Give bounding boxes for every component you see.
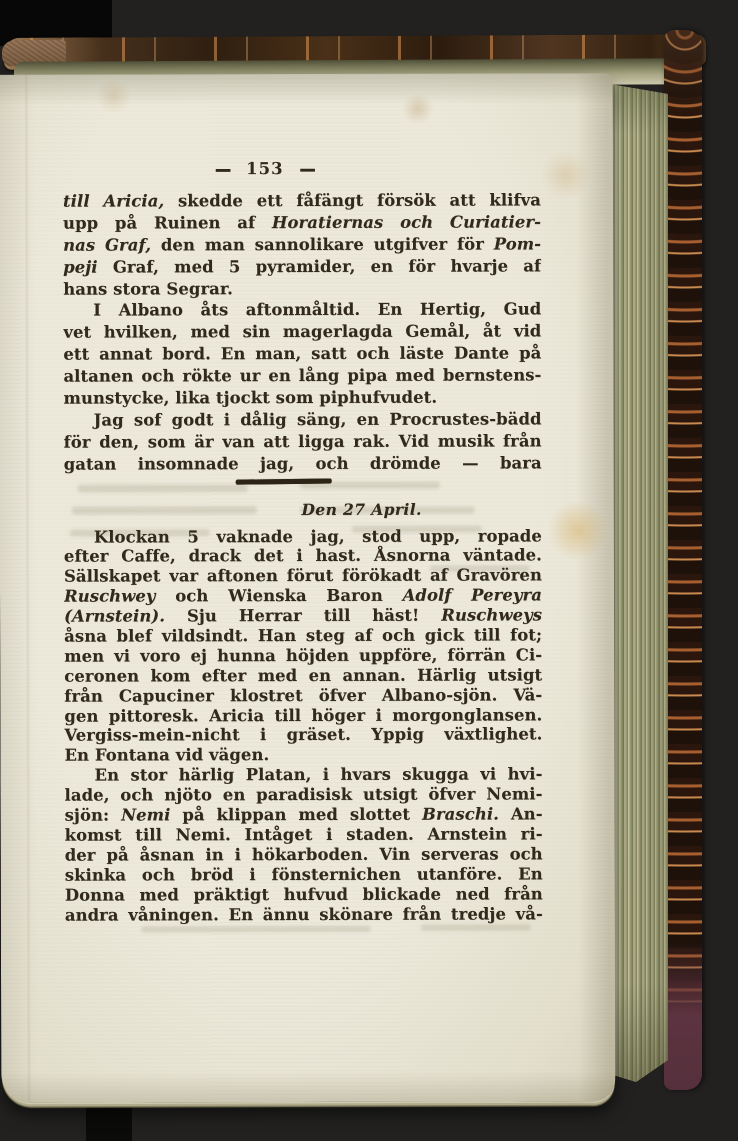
divider-rule xyxy=(236,478,332,484)
page-number-dash: — xyxy=(299,154,315,183)
text-line: hans stora Segrar. xyxy=(63,277,541,300)
text-line: upp på Ruinen af Horatiernas och Curiati… xyxy=(63,211,541,234)
scanned-book-photo: — 153 — till Aricia, skedde ett fåfängt … xyxy=(0,0,738,1141)
text-line: efter Caffe, drack det i hast. Åsnorna v… xyxy=(64,546,542,567)
paragraph: Klockan 5 vaknade jag, stod upp, ropadee… xyxy=(64,526,543,766)
paper-stain xyxy=(401,94,435,124)
text-line: gatan insomnade jag, och drömde — bara m… xyxy=(64,452,542,475)
ink-bleedthrough xyxy=(421,924,531,930)
diary-entry-27-april: Klockan 5 vaknade jag, stod upp, ropadee… xyxy=(64,526,543,925)
text-line: Ruschwey och Wienska Baron Adolf Pereyra xyxy=(64,586,542,607)
text-line: Vergiss-mein-nicht i gräset. Yppig växtl… xyxy=(64,725,542,746)
page-number: — 153 — xyxy=(215,158,315,178)
text-line: för den, som är van att ligga rak. Vid m… xyxy=(64,430,542,453)
text-line: Sällskapet var aftonen förut förökadt af… xyxy=(64,566,542,587)
paper-stain xyxy=(95,80,133,112)
paragraph: till Aricia, skedde ett fåfängt försök a… xyxy=(63,189,541,300)
text-line: lade, och njöto en paradisisk utsigt öfv… xyxy=(65,785,543,806)
text-line: Klockan 5 vaknade jag, stod upp, ropade xyxy=(64,526,542,547)
text-line: ett annat bord. En man, satt och läste D… xyxy=(63,343,541,366)
text-line: En stor härlig Platan, i hvars skugga vi… xyxy=(64,765,542,786)
page-number-dash: — xyxy=(215,154,231,183)
section-divider xyxy=(64,478,542,484)
text-line: der på åsnan in i hökarboden. Vin server… xyxy=(65,844,543,865)
book-marbled-cover-edge xyxy=(664,30,702,1090)
text-line: Jag sof godt i dålig säng, en Procrustes… xyxy=(64,408,542,431)
ink-bleedthrough xyxy=(141,926,371,933)
paragraph: En stor härlig Platan, i hvars skugga vi… xyxy=(64,765,542,925)
text-line: ceronen kom efter med en annan. Härlig u… xyxy=(64,665,542,686)
paper-stain xyxy=(546,501,610,559)
text-line: (Arnstein). Sju Herrar till häst! Ruschw… xyxy=(64,606,542,627)
paragraph: I Albano åts aftonmåltid. En Hertig, Gud… xyxy=(63,299,541,410)
background-dark-patch xyxy=(86,1104,132,1141)
text-line: från Capuciner klostret öfver Albano-sjö… xyxy=(64,685,542,706)
text-line: peji Graf, med 5 pyramider, en för hvarj… xyxy=(63,255,541,278)
book-fore-edge-pages xyxy=(610,84,668,1084)
text-line: komst till Nemi. Intåget i staden. Arnst… xyxy=(65,824,543,845)
page-number-value: 153 xyxy=(246,159,284,178)
date-heading: Den 27 April. xyxy=(64,500,542,518)
diary-entry-continuation: till Aricia, skedde ett fåfängt försök a… xyxy=(63,189,542,475)
text-line: gen pittoresk. Aricia till höger i morgo… xyxy=(64,705,542,726)
text-line: vet hvilken, med sin magerlagda Gemål, å… xyxy=(63,321,541,344)
text-line: munstycke, lika tjockt som piphufvudet. xyxy=(63,386,541,409)
text-line: En Fontana vid vägen. xyxy=(64,745,542,766)
paper-stain xyxy=(539,151,593,199)
text-line: andra våningen. En ännu skönare från tre… xyxy=(65,904,543,925)
text-line: åsna blef vildsindt. Han steg af och gic… xyxy=(64,625,542,646)
text-line: men vi voro ej hunna höjden uppföre, för… xyxy=(64,645,542,666)
paragraph: Jag sof godt i dålig säng, en Procrustes… xyxy=(64,408,542,475)
text-line: Donna med präktigt hufvud blickade ned f… xyxy=(65,884,543,905)
text-line: I Albano åts aftonmåltid. En Hertig, Gud xyxy=(63,299,541,322)
text-line: altanen och rökte ur en lång pipa med be… xyxy=(63,365,541,388)
book-page: — 153 — till Aricia, skedde ett fåfängt … xyxy=(0,73,615,1103)
text-line: nas Graf, den man sannolikare utgifver f… xyxy=(63,233,541,256)
text-line: sjön: Nemi på klippan med slottet Brasch… xyxy=(65,804,543,825)
text-block: till Aricia, skedde ett fåfängt försök a… xyxy=(63,189,543,925)
text-line: skinka och bröd i fönsternichen utanföre… xyxy=(65,864,543,885)
text-line: till Aricia, skedde ett fåfängt försök a… xyxy=(63,189,541,212)
